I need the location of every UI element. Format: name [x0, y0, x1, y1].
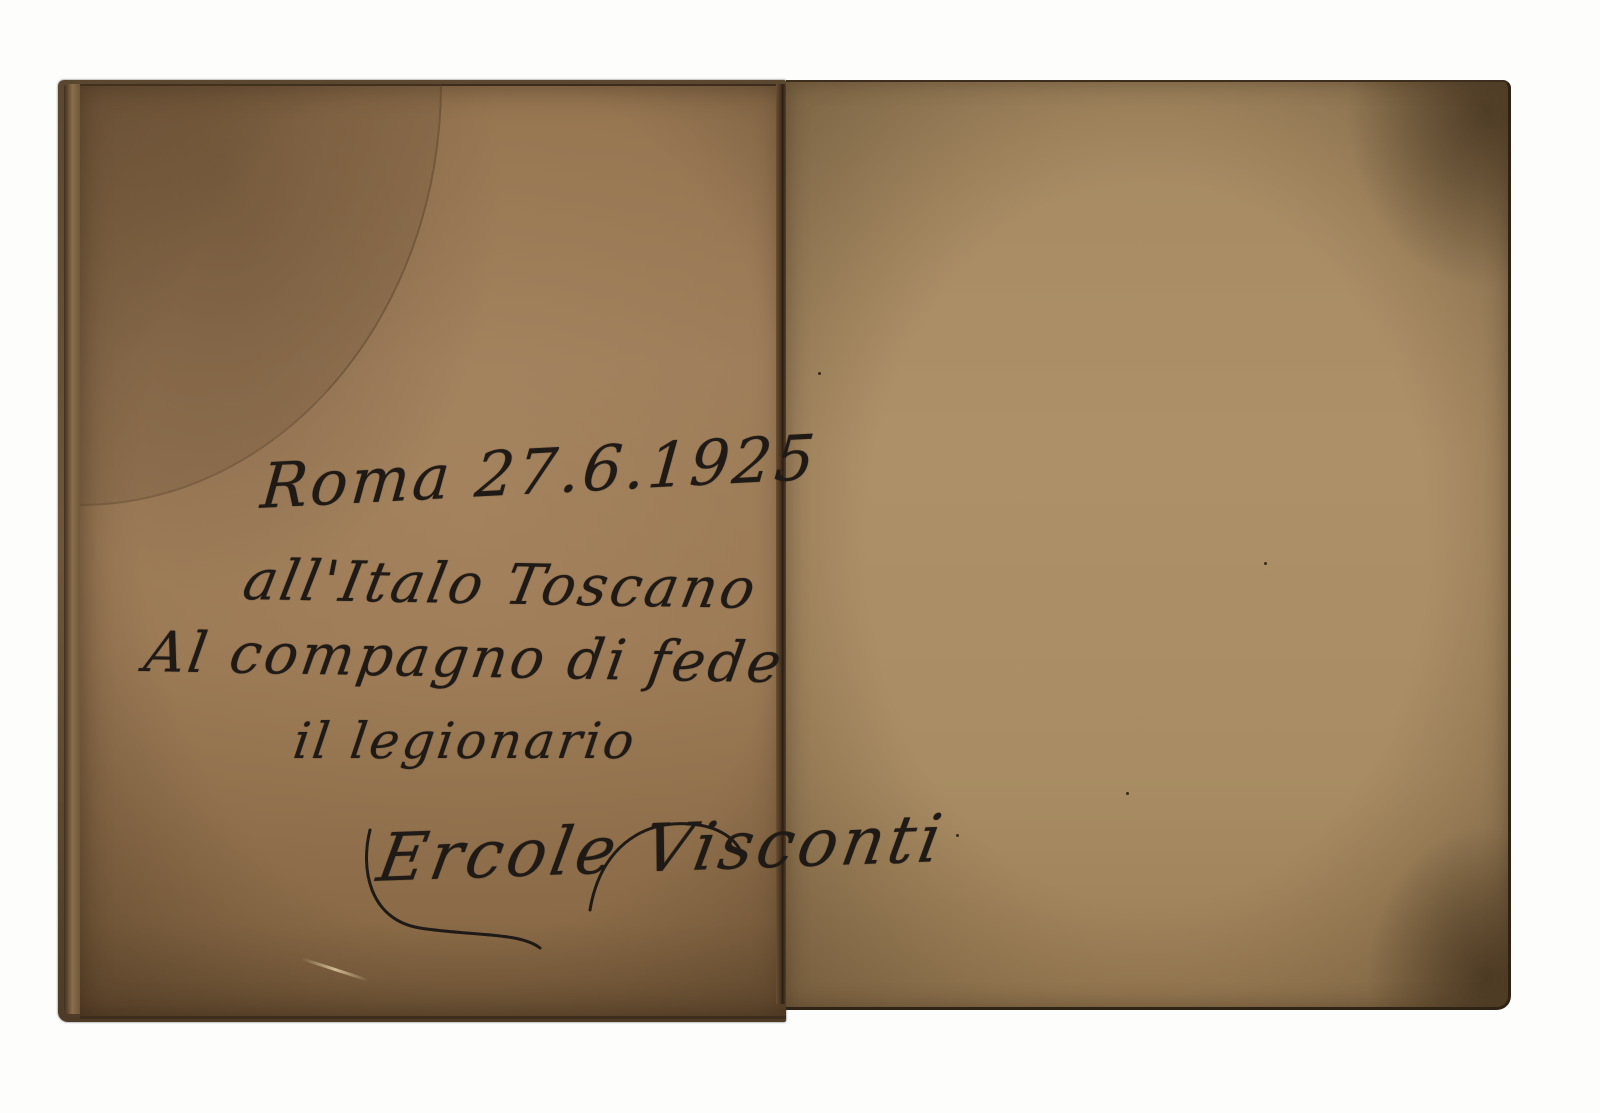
foxing-spot — [956, 834, 959, 837]
inscription-dedicatee: all'Italo Toscano — [238, 548, 764, 622]
inscription-greeting: Al compagno di fede — [140, 620, 789, 696]
inscription-closing: il legionario — [290, 712, 641, 770]
photo-scene: Roma 27.6.1925 all'Italo Toscano Al comp… — [0, 0, 1600, 1113]
foxing-spot — [818, 372, 821, 375]
foxing-spot — [1126, 792, 1129, 795]
foxing-spot — [1264, 562, 1267, 565]
